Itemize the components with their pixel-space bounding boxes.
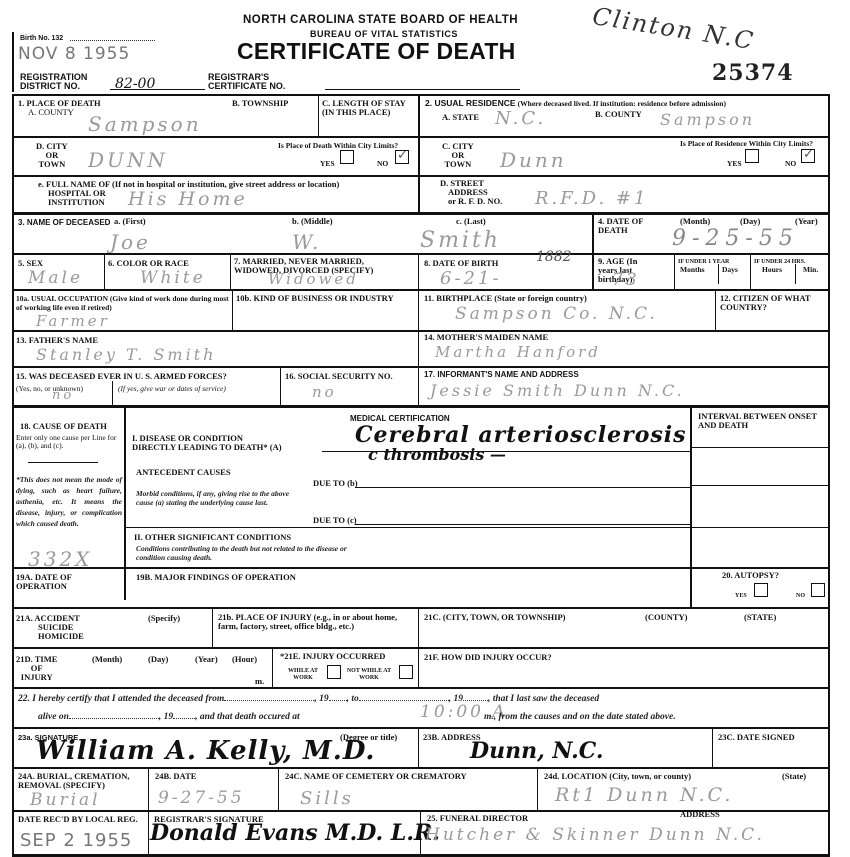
hospital-value[interactable]: His Home bbox=[128, 188, 248, 210]
length-of-stay-label: c. LENGTH OF STAY (in this place) bbox=[322, 99, 417, 117]
filed-date-stamp: NOV 8 1955 bbox=[18, 44, 130, 64]
residence-city-limits-no-label: NO bbox=[785, 160, 796, 168]
death-certificate: Birth No. 132 NOV 8 1955 NORTH CAROLINA … bbox=[0, 0, 850, 857]
injury-how-label: 21f. HOW DID INJURY OCCUR? bbox=[424, 653, 552, 662]
physician-signature[interactable]: William A. Kelly, M.D. bbox=[36, 736, 375, 766]
funeral-director-label: 25. FUNERAL DIRECTOR bbox=[427, 814, 528, 823]
death-city-value[interactable]: DUNN bbox=[88, 148, 168, 172]
operation-findings-label: 19b. MAJOR FINDINGS OF OPERATION bbox=[136, 573, 296, 582]
due-to-b-label: DUE TO (b) bbox=[313, 479, 358, 488]
cert-text-7: , 19 bbox=[159, 712, 173, 722]
father-name-value[interactable]: Stanley T. Smith bbox=[36, 345, 216, 364]
death-county-value[interactable]: Sampson bbox=[88, 112, 202, 136]
cemetery-value[interactable]: Sills bbox=[300, 788, 354, 809]
autopsy-yes-label: YES bbox=[735, 592, 747, 600]
document-title: CERTIFICATE OF DEATH bbox=[237, 38, 516, 65]
not-while-at-work-label: NOT WHILE AT WORK bbox=[345, 668, 393, 682]
injury-time-label-3: INJURY bbox=[16, 673, 57, 682]
disposition-value[interactable]: Burial bbox=[30, 790, 101, 810]
last-name-label: c. (Last) bbox=[456, 217, 486, 226]
months-label: Months bbox=[680, 266, 705, 274]
cemetery-state-label: (State) bbox=[782, 772, 806, 781]
autopsy-label: 20. AUTOPSY? bbox=[722, 571, 779, 580]
funeral-director-value[interactable]: Hutcher & Skinner Dunn N.C. bbox=[425, 825, 765, 845]
registration-label-line2: DISTRICT NO. bbox=[20, 82, 87, 91]
minutes-label: Min. bbox=[803, 266, 818, 274]
birth-number-line bbox=[70, 40, 155, 41]
injury-type-label: 21a. ACCIDENT SUICIDE HOMICIDE bbox=[16, 614, 84, 641]
deceased-name-label: 3. NAME OF DECEASED bbox=[18, 218, 110, 227]
disease-condition-label: I. DISEASE OR CONDITION DIRECTLY LEADING… bbox=[132, 434, 332, 452]
registration-district-value: 82-00 bbox=[115, 76, 155, 92]
armed-forces-sub2: (If yes, give war or dates of service) bbox=[118, 385, 226, 393]
due-to-c-line bbox=[355, 524, 690, 525]
funeral-address-label: ADDRESS bbox=[680, 810, 720, 819]
date-signed-label: 23c. DATE SIGNED bbox=[718, 733, 795, 742]
injury-county-label: (COUNTY) bbox=[645, 613, 688, 622]
usual-residence-label: 2. USUAL RESIDENCE (Where deceased lived… bbox=[425, 99, 825, 108]
cemetery-location-label: 24d. LOCATION (City, town, or county) bbox=[544, 772, 691, 781]
disposition-date-value[interactable]: 9-27-55 bbox=[158, 788, 245, 808]
social-security-value[interactable]: no bbox=[312, 383, 337, 401]
last-name-value[interactable]: Smith bbox=[420, 228, 501, 253]
residence-street-label-3: or R. F. D. NO. bbox=[440, 197, 502, 206]
occupation-value[interactable]: Farmer bbox=[36, 312, 110, 330]
antecedent-causes-label: ANTECEDENT CAUSES bbox=[136, 468, 231, 477]
social-security-label: 16. SOCIAL SECURITY NO. bbox=[285, 372, 393, 381]
birth-year-note: 1882 bbox=[536, 249, 572, 265]
residence-city-limits-no-checkbox[interactable]: ✓ bbox=[801, 149, 815, 163]
middle-name-label: b. (Middle) bbox=[292, 217, 333, 226]
autopsy-no-checkbox[interactable] bbox=[811, 583, 825, 597]
antecedent-note: Morbid conditions, if any, giving rise t… bbox=[136, 490, 306, 507]
cause-divider bbox=[28, 462, 98, 463]
autopsy-no-label: NO bbox=[796, 592, 805, 600]
disposition-date-label: 24b. DATE bbox=[155, 772, 196, 781]
race-value[interactable]: White bbox=[140, 268, 206, 288]
citizen-label: 12. CITIZEN OF WHAT COUNTRY? bbox=[720, 294, 828, 312]
injury-location-label: 21c. (CITY, TOWN, OR TOWNSHIP) bbox=[424, 613, 565, 622]
birthplace-value[interactable]: Sampson Co. N.C. bbox=[455, 304, 658, 324]
registrar-certificate-line bbox=[325, 89, 520, 90]
informant-label: 17. INFORMANT'S NAME AND ADDRESS bbox=[424, 370, 579, 379]
injury-place-label: 21b. PLACE OF INJURY (e.g., in or about … bbox=[218, 613, 418, 631]
usual-residence-note: (Where deceased lived. If institution: r… bbox=[518, 99, 726, 108]
father-name-label: 13. FATHER'S NAME bbox=[16, 336, 98, 345]
date-of-death-label: 4. DATE OF DEATH bbox=[598, 217, 658, 235]
death-city-limits-yes-label: YES bbox=[320, 160, 335, 168]
due-to-c-label: DUE TO (c) bbox=[313, 516, 357, 525]
mother-maiden-name-label: 14. MOTHER'S MAIDEN NAME bbox=[424, 333, 548, 342]
date-received-label: DATE REC'D BY LOCAL REG. bbox=[18, 815, 138, 824]
birthplace-label: 11. BIRTHPLACE (State or foreign country… bbox=[424, 294, 587, 303]
cert-text-1: 22. I hereby certify that I attended the… bbox=[18, 694, 224, 704]
autopsy-yes-checkbox[interactable] bbox=[754, 583, 768, 597]
race-label: 6. COLOR OR RACE bbox=[108, 259, 189, 268]
cert-text-8: , and that death occured at bbox=[195, 712, 300, 722]
cert-text-9: m., from the causes and on the date stat… bbox=[484, 711, 676, 723]
cause-of-death-label: 18. CAUSE OF DEATH bbox=[20, 422, 107, 431]
residence-city-limits-yes-label: YES bbox=[727, 160, 742, 168]
cert-text-2: , 19 bbox=[314, 694, 328, 704]
residence-city-value[interactable]: Dunn bbox=[500, 148, 567, 172]
death-city-label-3: TOWN bbox=[36, 160, 68, 169]
cause-disclaimer: *This does not mean the mode of dying, s… bbox=[16, 474, 122, 529]
cause-a-secondary[interactable]: c thrombosis — bbox=[368, 445, 506, 464]
left-edge bbox=[12, 32, 14, 92]
due-to-b-line bbox=[355, 487, 690, 488]
cemetery-label: 24c. NAME OF CEMETERY OR CREMATORY bbox=[285, 772, 467, 781]
cemetery-location-value[interactable]: Rt1 Dunn N.C. bbox=[555, 784, 733, 806]
death-city-label: d. CITY OR TOWN bbox=[36, 142, 68, 169]
registration-district-label: REGISTRATION DISTRICT NO. bbox=[20, 73, 87, 91]
disposition-label: 24a. BURIAL, CREMATION, REMOVAL (Specify… bbox=[18, 772, 148, 790]
injury-state-label: (STATE) bbox=[744, 613, 776, 622]
injury-time-label: 21d. TIME OF INJURY bbox=[16, 655, 57, 682]
operation-date-label: 19a. DATE OF OPERATION bbox=[16, 573, 122, 591]
marital-status-value[interactable]: Widowed bbox=[268, 270, 359, 288]
other-conditions-note: Conditions contributing to the death but… bbox=[136, 544, 361, 562]
age-value[interactable]: 73 bbox=[612, 270, 640, 290]
certificate-number: 25374 bbox=[712, 60, 794, 86]
days-label: Days bbox=[722, 266, 738, 274]
first-name-value[interactable]: Joe bbox=[110, 230, 151, 254]
birth-number-label: Birth No. 132 bbox=[20, 34, 63, 43]
registrar-cert-label-line2: CERTIFICATE NO. bbox=[208, 82, 285, 91]
residence-city-label: c. CITY OR TOWN bbox=[442, 142, 474, 169]
death-city-limits-no-label: NO bbox=[377, 160, 388, 168]
injury-month-label: (Month) bbox=[92, 655, 122, 664]
injury-specify-label: (Specify) bbox=[148, 614, 180, 623]
date-of-birth-label: 8. DATE OF BIRTH bbox=[424, 259, 498, 268]
death-day-label: (Day) bbox=[740, 217, 760, 226]
registrar-signature[interactable]: Donald Evans M.D. L.R. bbox=[150, 820, 440, 846]
mother-maiden-name-value[interactable]: Martha Hanford bbox=[435, 343, 601, 361]
date-of-birth-value[interactable]: 6-21- bbox=[440, 268, 502, 289]
sex-label: 5. SEX bbox=[18, 259, 43, 268]
residence-city-label-3: TOWN bbox=[442, 160, 474, 169]
residence-state-label: a. STATE bbox=[442, 113, 479, 122]
sex-value[interactable]: Male bbox=[28, 268, 83, 288]
residence-state-value[interactable]: N.C. bbox=[495, 108, 546, 129]
usual-residence-section-label: 2. USUAL RESIDENCE bbox=[425, 98, 516, 108]
armed-forces-label: 15. WAS DECEASED EVER IN U. S. ARMED FOR… bbox=[16, 372, 286, 381]
injury-occurred-label: *21e. INJURY OCCURRED bbox=[280, 652, 385, 661]
agency-name: NORTH CAROLINA STATE BOARD OF HEALTH bbox=[243, 16, 518, 25]
handwritten-place: Clinton N.C bbox=[591, 2, 757, 55]
not-while-at-work-checkbox[interactable] bbox=[399, 665, 413, 679]
cert-text-3: , to bbox=[347, 694, 359, 704]
injury-year-label: (Year) bbox=[195, 655, 218, 664]
middle-name-value[interactable]: W. bbox=[292, 230, 321, 254]
injury-day-label: (Day) bbox=[148, 655, 168, 664]
checkmark-icon: ✓ bbox=[803, 147, 814, 162]
cause-of-death-note: Enter only one cause per Line for (a), (… bbox=[16, 434, 122, 450]
occupation-label: 10a. USUAL OCCUPATION (Give kind of work… bbox=[16, 294, 231, 312]
first-name-label: a. (First) bbox=[114, 217, 146, 226]
injury-type-homicide: HOMICIDE bbox=[16, 632, 84, 641]
disease-label-2: DIRECTLY LEADING TO DEATH* (a) bbox=[132, 443, 332, 452]
while-at-work-label: WHILE AT WORK bbox=[283, 668, 323, 682]
while-at-work-checkbox[interactable] bbox=[327, 665, 341, 679]
interval-label: INTERVAL BETWEEN ONSET AND DEATH bbox=[698, 412, 826, 430]
date-received-stamp: SEP 2 1955 bbox=[20, 830, 132, 851]
informant-value[interactable]: Jessie Smith Dunn N.C. bbox=[430, 381, 685, 400]
physician-address-value[interactable]: Dunn, N.C. bbox=[470, 738, 604, 764]
death-city-limits-no-checkbox[interactable]: ✓ bbox=[395, 150, 409, 164]
business-label: 10b. KIND OF BUSINESS OR INDUSTRY bbox=[236, 294, 406, 303]
residence-street-value[interactable]: R.F.D. #1 bbox=[535, 188, 648, 209]
cert-text-6: alive on bbox=[38, 712, 69, 722]
residence-county-value[interactable]: Sampson bbox=[660, 110, 755, 129]
death-month-label: (Month) bbox=[680, 217, 710, 226]
residence-street-label: d. STREET ADDRESS or R. F. D. NO. bbox=[440, 179, 502, 206]
hours-label: Hours bbox=[762, 266, 782, 274]
death-township-label: b. TOWNSHIP bbox=[232, 99, 288, 108]
armed-forces-value[interactable]: no bbox=[52, 388, 74, 403]
death-year-label: (Year) bbox=[795, 217, 818, 226]
other-conditions-label: II. OTHER SIGNIFICANT CONDITIONS bbox=[134, 533, 291, 542]
death-city-limits-yes-checkbox[interactable] bbox=[340, 150, 354, 164]
injury-hour-label: (Hour) bbox=[232, 655, 257, 664]
injury-m-label: m. bbox=[255, 677, 264, 686]
registrar-certificate-label: REGISTRAR'S CERTIFICATE NO. bbox=[208, 73, 285, 91]
date-of-death-value[interactable]: 9-25-55 bbox=[672, 226, 799, 251]
residence-city-limits-yes-checkbox[interactable] bbox=[745, 149, 759, 163]
checkmark-icon: ✓ bbox=[397, 148, 408, 163]
residence-county-label: b. COUNTY bbox=[595, 110, 642, 119]
